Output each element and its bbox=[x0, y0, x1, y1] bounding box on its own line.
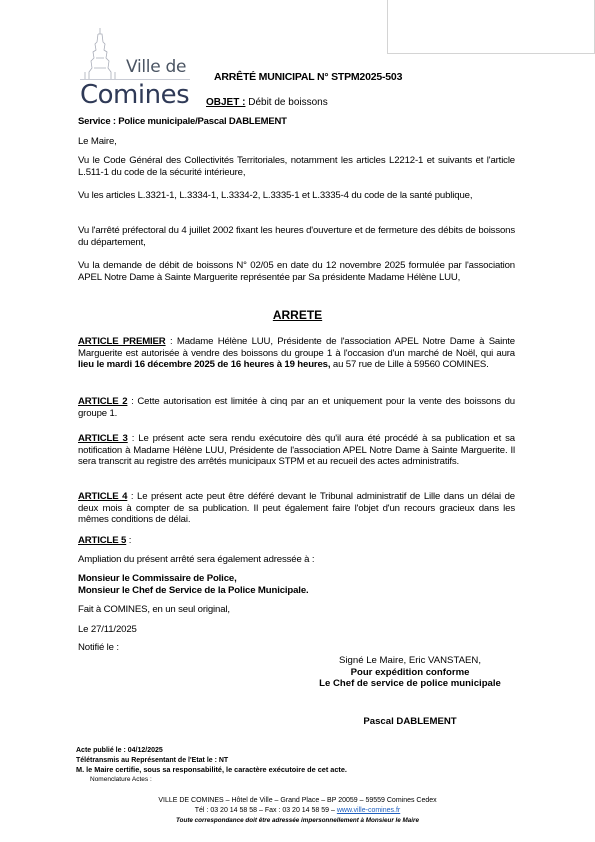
stamp-box bbox=[387, 0, 595, 54]
vu-paragraph: Vu les articles L.3321-1, L.3334-1, L.33… bbox=[78, 190, 515, 202]
objet-value: Débit de boissons bbox=[248, 97, 328, 108]
objet-line: OBJET : Débit de boissons bbox=[206, 97, 328, 108]
article-2: ARTICLE 2 : Cette autorisation est limit… bbox=[78, 396, 515, 419]
article-5: ARTICLE 5 : bbox=[78, 535, 515, 547]
article-label: ARTICLE 2 bbox=[78, 396, 127, 407]
signed-by: Signé Le Maire, Eric VANSTAEN, bbox=[270, 655, 550, 667]
ampliation-intro: Ampliation du présent arrêté sera égalem… bbox=[78, 554, 515, 566]
ampliation-recipient: Monsieur le Chef de Service de la Police… bbox=[78, 585, 515, 597]
city-logo: Ville de Comines bbox=[80, 28, 195, 108]
correspondence-notice: Toute correspondance doit être adressée … bbox=[0, 816, 595, 826]
footer-address: VILLE DE COMINES – Hôtel de Ville – Gran… bbox=[0, 796, 595, 826]
vu-paragraph: Vu la demande de débit de boissons N° 02… bbox=[78, 260, 515, 283]
article-label: ARTICLE 4 bbox=[78, 491, 127, 502]
vu-paragraph: Vu le Code Général des Collectivités Ter… bbox=[78, 155, 515, 178]
publie-date: Acte publié le : 04/12/2025 bbox=[76, 746, 347, 756]
signature-block: Signé Le Maire, Eric VANSTAEN, Pour expé… bbox=[270, 655, 550, 690]
church-spire-icon bbox=[80, 28, 120, 80]
article-premier: ARTICLE PREMIER : Madame Hélène LUU, Pré… bbox=[78, 336, 515, 371]
document-title: ARRÊTÉ MUNICIPAL N° STPM2025-503 bbox=[214, 71, 402, 83]
arrete-heading: ARRETE bbox=[0, 308, 595, 322]
website-link[interactable]: www.ville-comines.fr bbox=[337, 807, 400, 814]
objet-label: OBJET : bbox=[206, 97, 245, 108]
vu-paragraph: Vu l'arrêté préfectoral du 4 juillet 200… bbox=[78, 225, 515, 248]
article-label: ARTICLE PREMIER bbox=[78, 336, 166, 347]
service-line: Service : Police municipale/Pascal DABLE… bbox=[78, 116, 287, 127]
certification: M. le Maire certifie, sous sa responsabi… bbox=[76, 765, 347, 775]
conforme-line: Pour expédition conforme bbox=[270, 667, 550, 679]
article-3: ARTICLE 3 : Le présent acte sera rendu e… bbox=[78, 433, 515, 468]
document-date: Le 27/11/2025 bbox=[78, 624, 515, 636]
nomenclature: Nomenclature Actes : bbox=[76, 775, 347, 785]
address-line: VILLE DE COMINES – Hôtel de Ville – Gran… bbox=[0, 796, 595, 806]
notifie-le: Notifié le : bbox=[78, 642, 515, 654]
opening: Le Maire, bbox=[78, 136, 515, 148]
contact-line: Tél : 03 20 14 58 58 – Fax : 03 20 14 58… bbox=[0, 806, 595, 816]
logo-comines: Comines bbox=[80, 80, 189, 110]
signatory-name: Pascal DABLEMENT bbox=[270, 716, 550, 728]
fait-a: Fait à COMINES, en un seul original, bbox=[78, 604, 515, 616]
logo-ville-de: Ville de bbox=[126, 57, 186, 77]
signatory-role: Le Chef de service de police municipale bbox=[270, 678, 550, 690]
ampliation-recipient: Monsieur le Commissaire de Police, bbox=[78, 573, 515, 585]
article-4: ARTICLE 4 : Le présent acte peut être dé… bbox=[78, 491, 515, 526]
article-label: ARTICLE 3 bbox=[78, 433, 128, 444]
teletransmis: Télétransmis au Représentant de l'Etat l… bbox=[76, 756, 347, 766]
publication-info: Acte publié le : 04/12/2025 Télétransmis… bbox=[76, 746, 347, 784]
article-label: ARTICLE 5 bbox=[78, 535, 126, 546]
